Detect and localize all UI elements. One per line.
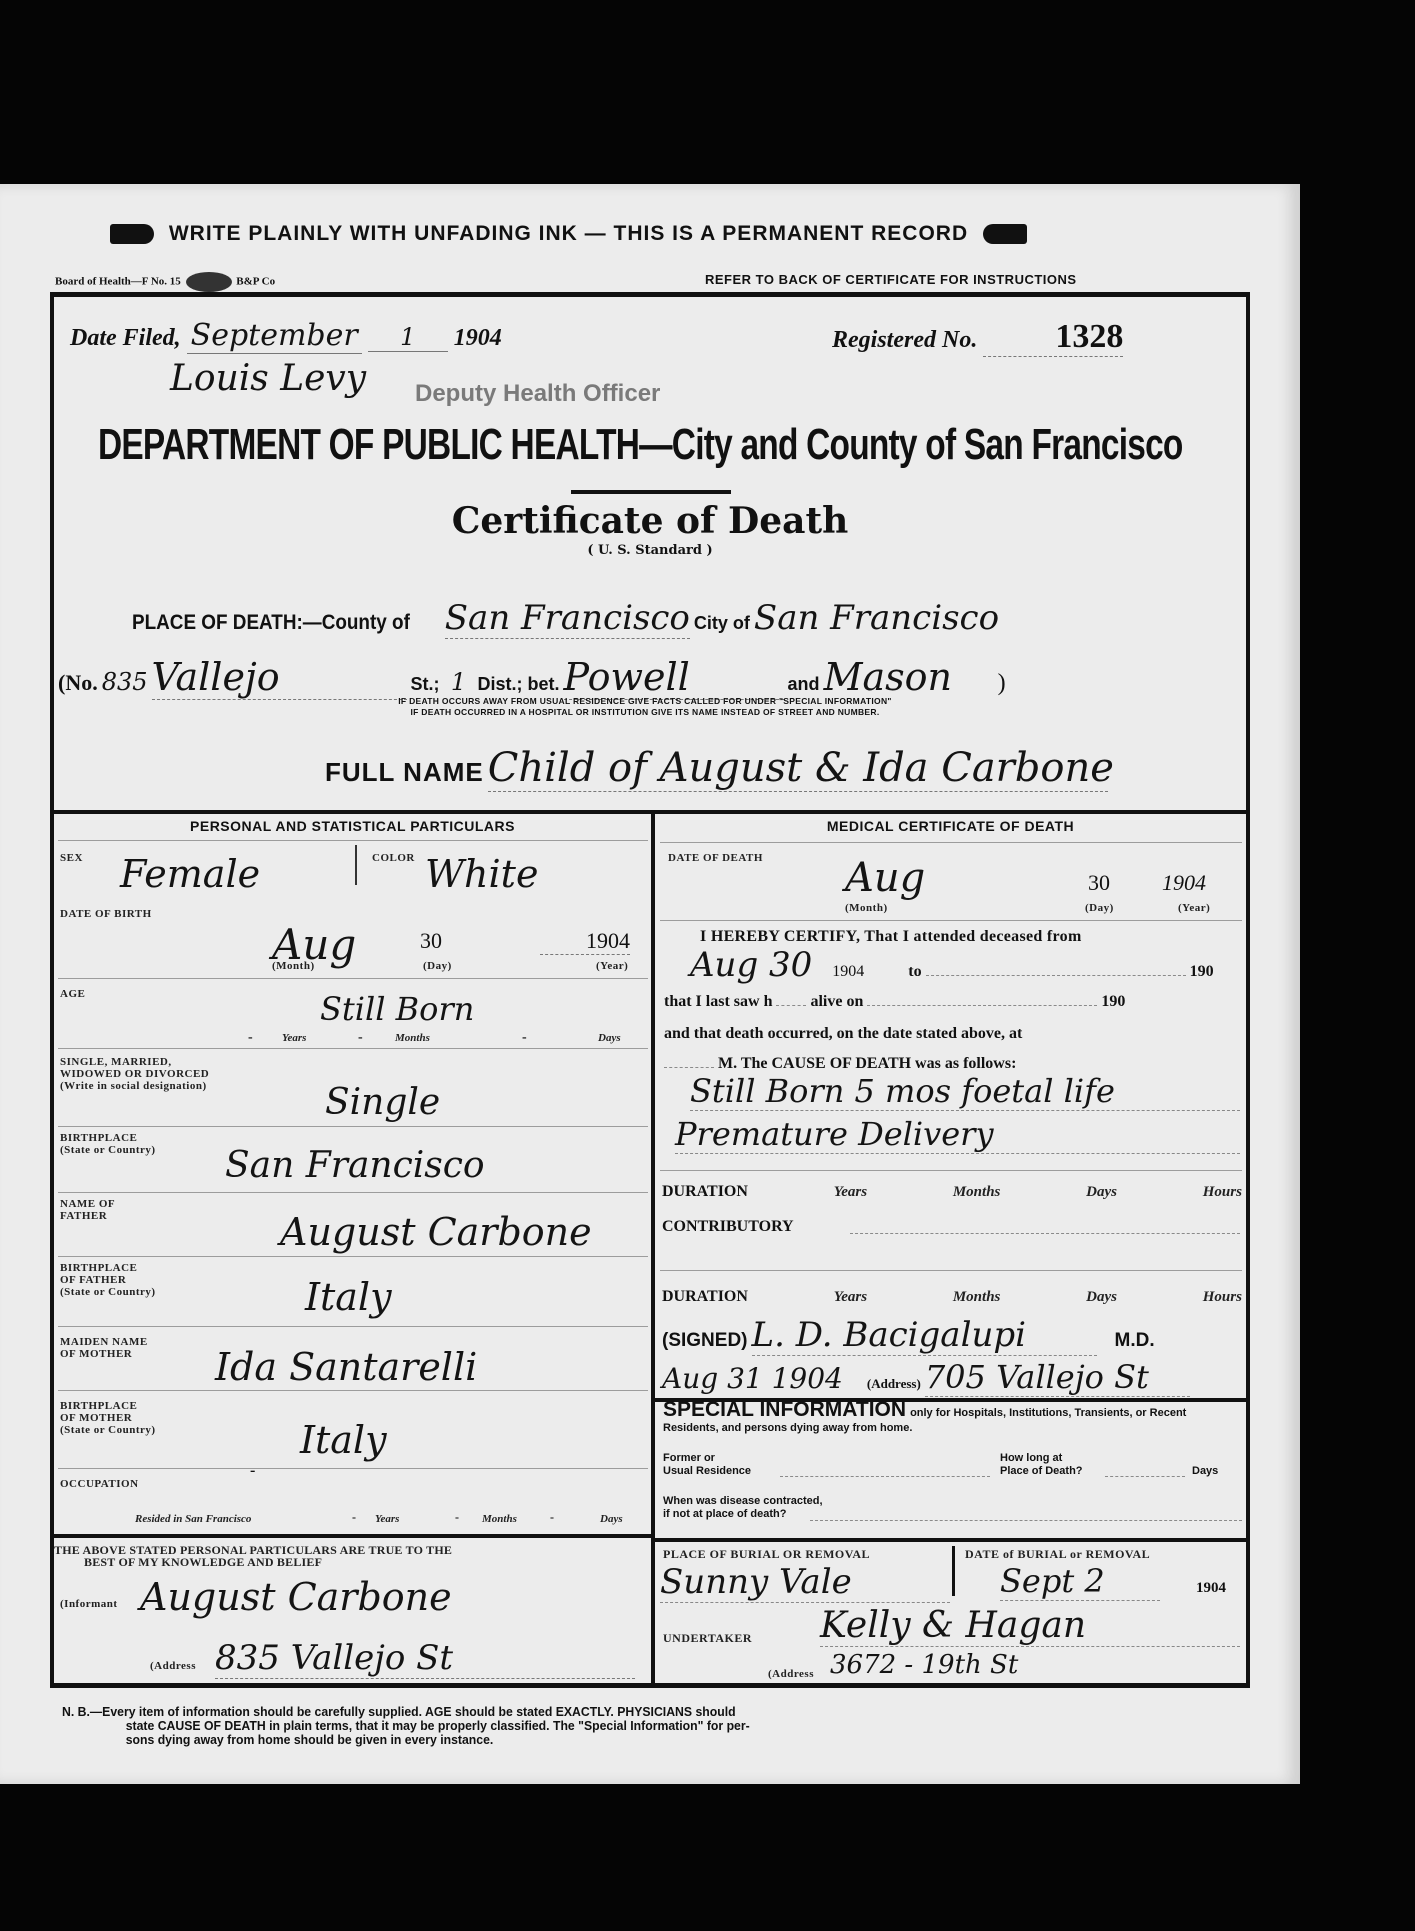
father-label-line-2: FATHER (60, 1210, 115, 1222)
physician-address: 705 Vallejo St (925, 1358, 1190, 1397)
dob-year: 1904 (540, 928, 630, 955)
days-label: Days (1192, 1465, 1218, 1477)
rule (58, 1192, 648, 1193)
mother-value: Ida Santarelli (215, 1345, 477, 1389)
rule (58, 1468, 648, 1469)
column-divider (651, 814, 655, 1684)
section-divider (50, 810, 1250, 814)
how-long-label-line-1: How long at (1000, 1452, 1083, 1465)
marital-label-line-2: WIDOWED OR DIVORCED (60, 1068, 209, 1080)
county-value: San Francisco (445, 598, 690, 639)
alive-on-text: alive on (810, 993, 863, 1010)
hour-field (664, 1067, 714, 1068)
cause-text: M. The CAUSE OF DEATH was as follows: (718, 1055, 1016, 1072)
dod-month-caption: (Month) (845, 902, 888, 914)
mother-birthplace-label: BIRTHPLACE OF MOTHER (State or Country) (60, 1400, 156, 1436)
dod-day: 30 (1088, 870, 1110, 896)
residence-label-line-2: Usual Residence (663, 1465, 751, 1478)
full-name-label: FULL NAME (325, 757, 484, 787)
burial-place-label: PLACE OF BURIAL OR REMOVAL (663, 1548, 870, 1560)
footer-note-line-3: sons dying away from home should be give… (62, 1733, 750, 1747)
contracted-label-line-2: if not at place of death? (663, 1508, 823, 1521)
duration-months: Months (953, 1184, 1001, 1201)
duration-days: Days (1086, 1184, 1117, 1201)
physician-address-label: (Address) (867, 1376, 921, 1391)
resided-months: - (455, 1510, 459, 1525)
last-saw-text: that I last saw h (664, 993, 772, 1010)
sex-value: Female (120, 852, 260, 896)
father-value: August Carbone (280, 1210, 592, 1254)
resided-years: - (352, 1510, 356, 1525)
cause-row: M. The CAUSE OF DEATH was as follows: (664, 1055, 1016, 1073)
street-number: 835 (102, 668, 148, 696)
mother-birthplace-value: Italy (300, 1418, 387, 1462)
rule (58, 1048, 648, 1049)
form-number: Board of Health—F No. 15 (55, 276, 181, 288)
informant-divider (54, 1534, 651, 1538)
undertaker-value: Kelly & Hagan (820, 1605, 1240, 1647)
no-label: (No. (58, 670, 98, 695)
informant-value: August Carbone (140, 1575, 452, 1619)
city-label: City of (694, 613, 750, 633)
date-filed-label: Date Filed, (70, 325, 181, 351)
dod-month: Aug (845, 855, 925, 901)
occurred-text: and that death occurred, on the date sta… (664, 1025, 1022, 1043)
form-border-bottom (50, 1683, 1250, 1688)
burial-place-value: Sunny Vale (660, 1562, 950, 1603)
rule (58, 978, 648, 979)
marital-value: Single (325, 1082, 440, 1123)
father-label: NAME OF FATHER (60, 1198, 115, 1222)
birthplace-label: BIRTHPLACE (State or Country) (60, 1132, 156, 1156)
signed-date: Aug 31 1904 (662, 1362, 843, 1395)
birthplace-value: San Francisco (225, 1145, 485, 1186)
father-birthplace-label-line-1: BIRTHPLACE (60, 1262, 156, 1274)
form-border-top (50, 292, 1250, 297)
instructions-note: REFER TO BACK OF CERTIFICATE FOR INSTRUC… (705, 272, 1077, 287)
burial-date-label: DATE of BURIAL or REMOVAL (965, 1548, 1150, 1560)
certificate-title: Certificate of Death (0, 500, 1300, 542)
resided-label: Resided in San Francisco (135, 1513, 251, 1525)
father-birthplace-label-line-2: OF FATHER (60, 1274, 156, 1286)
resided-years-caption: Years (375, 1513, 399, 1525)
close-paren: ) (998, 670, 1006, 696)
cause-line-2: Premature Delivery (675, 1115, 1240, 1154)
residence-label: Former or Usual Residence (663, 1452, 751, 1478)
undertaker-address-label: (Address (768, 1668, 814, 1680)
union-label-seal-icon (186, 272, 232, 292)
department-title: DEPARTMENT OF PUBLIC HEALTH—City and Cou… (98, 420, 1183, 470)
dob-year-caption: (Year) (596, 960, 628, 972)
rule (58, 1256, 648, 1257)
mother-label: MAIDEN NAME OF MOTHER (60, 1336, 148, 1360)
between-street-1: Powell (564, 655, 784, 700)
dob-month-caption: (Month) (272, 960, 315, 972)
date-filed-month: September (187, 318, 362, 354)
resided-days-caption: Days (600, 1513, 623, 1525)
rule (660, 842, 1242, 843)
note-line-2: IF DEATH OCCURRED IN A HOSPITAL OR INSTI… (205, 707, 1085, 718)
birthplace-label-line-1: BIRTHPLACE (60, 1132, 156, 1144)
personal-heading: PERSONAL AND STATISTICAL PARTICULARS (54, 818, 651, 834)
mother-birthplace-label-line-2: OF MOTHER (60, 1412, 156, 1424)
mother-birthplace-label-line-1: BIRTHPLACE (60, 1400, 156, 1412)
note-line-1: IF DEATH OCCURS AWAY FROM USUAL RESIDENC… (205, 696, 1085, 707)
rule (660, 920, 1242, 921)
age-years-caption: Years (282, 1032, 306, 1044)
dod-year-caption: (Year) (1178, 902, 1210, 914)
father-birthplace-label-line-3: (State or Country) (60, 1286, 156, 1298)
sex-color-divider (355, 845, 357, 885)
duration-row-2: DURATION Years Months Days Hours (662, 1288, 1242, 1306)
registered-no-value: 1328 (983, 318, 1123, 357)
alive-on-field (867, 1005, 1097, 1006)
occupation-value: - (250, 1462, 255, 1480)
medical-heading: MEDICAL CERTIFICATE OF DEATH (655, 818, 1246, 834)
full-name-row: FULL NAME Child of August & Ida Carbone (325, 745, 1108, 792)
age-days: - (522, 1030, 527, 1046)
dist-label: Dist.; bet. (478, 674, 560, 694)
contracted-label-line-1: When was disease contracted, (663, 1495, 823, 1508)
marital-label: SINGLE, MARRIED, WIDOWED OR DIVORCED (Wr… (60, 1056, 209, 1092)
rule (58, 840, 648, 841)
father-birthplace-label: BIRTHPLACE OF FATHER (State or Country) (60, 1262, 156, 1298)
registered-no-row: Registered No. 1328 (832, 318, 1123, 357)
contributory-field (850, 1233, 1240, 1234)
attended-row: Aug 30 1904 to 190 (690, 945, 1214, 985)
md-label: M.D. (1115, 1330, 1155, 1351)
dod-day-caption: (Day) (1085, 902, 1114, 914)
st-label: St.; (411, 674, 440, 694)
dod-year: 1904 (1162, 870, 1206, 896)
duration-years-2: Years (834, 1289, 867, 1306)
father-birthplace-value: Italy (305, 1275, 392, 1319)
informant-address-label: (Address (150, 1660, 196, 1672)
occupation-label: OCCUPATION (60, 1478, 139, 1490)
duration-label: DURATION (662, 1183, 748, 1201)
city-value: San Francisco (754, 598, 999, 638)
footer-note-line-2: state CAUSE OF DEATH in plain terms, tha… (62, 1719, 750, 1733)
duration-months-2: Months (953, 1289, 1001, 1306)
dob-day-caption: (Day) (423, 960, 452, 972)
statement-line-2: BEST OF MY KNOWLEDGE AND BELIEF (54, 1556, 651, 1568)
date-filed-day: 1 (368, 323, 448, 352)
father-label-line-1: NAME OF (60, 1198, 115, 1210)
informant-label: (Informant (60, 1598, 118, 1610)
signed-row: (SIGNED) L. D. Bacigalupi M.D. (662, 1315, 1242, 1356)
rule (660, 1170, 1242, 1171)
duration-label-2: DURATION (662, 1288, 748, 1306)
to-label: to (908, 963, 921, 980)
and-label: and (788, 674, 820, 694)
certify-text: I HEREBY CERTIFY, That I attended deceas… (700, 928, 1082, 946)
to-date-field (926, 975, 1186, 976)
color-value: White (425, 852, 538, 896)
undertaker-address-value: 3672 - 19th St (830, 1650, 1230, 1680)
last-saw-row: that I last saw h alive on 190 (664, 993, 1125, 1011)
resided-months-caption: Months (482, 1513, 517, 1525)
dob-day: 30 (420, 928, 442, 954)
dod-label: DATE OF DEATH (668, 852, 763, 864)
how-long-label-line-2: Place of Death? (1000, 1465, 1083, 1478)
district-number: 1 (444, 668, 474, 696)
form-number-line: Board of Health—F No. 15 B&P Co (55, 272, 275, 292)
rule (58, 1326, 648, 1327)
place-of-death-label: PLACE OF DEATH:—County of (132, 611, 410, 635)
rule (58, 1390, 648, 1391)
registered-no-label: Registered No. (832, 327, 977, 353)
special-heading-block: SPECIAL INFORMATION only for Hospitals, … (663, 1403, 1243, 1435)
marital-label-line-3: (Write in social designation) (60, 1080, 209, 1092)
physician-signature: L. D. Bacigalupi (752, 1315, 1097, 1356)
footer-note: N. B.—Every item of information should b… (62, 1705, 750, 1747)
mother-birthplace-label-line-3: (State or Country) (60, 1424, 156, 1436)
informant-address-value: 835 Vallejo St (215, 1638, 635, 1679)
age-months-caption: Months (395, 1032, 430, 1044)
informant-statement: THE ABOVE STATED PERSONAL PARTICULARS AR… (54, 1544, 651, 1568)
residence-field (780, 1476, 990, 1477)
cause-line-1: Still Born 5 mos foetal life (690, 1072, 1240, 1111)
residence-label-line-1: Former or (663, 1452, 751, 1465)
banner: WRITE PLAINLY WITH UNFADING INK — THIS I… (110, 222, 1027, 246)
printer-name: B&P Co (236, 276, 275, 288)
to-year-prefix: 190 (1190, 963, 1214, 980)
age-months: - (358, 1030, 363, 1046)
special-heading: SPECIAL INFORMATION (663, 1398, 906, 1421)
how-long-field (1105, 1476, 1185, 1477)
between-street-2: Mason (824, 655, 994, 699)
place-of-death-row: PLACE OF DEATH:—County of San Francisco … (132, 598, 999, 638)
attended-from: Aug 30 (690, 945, 812, 985)
place-of-death-note: IF DEATH OCCURS AWAY FROM USUAL RESIDENC… (205, 696, 1085, 718)
signed-label: (SIGNED) (662, 1330, 748, 1351)
marital-label-line-1: SINGLE, MARRIED, (60, 1056, 209, 1068)
age-value: Still Born (320, 990, 474, 1028)
age-years: - (248, 1030, 253, 1046)
mother-label-line-2: OF MOTHER (60, 1348, 148, 1360)
birthplace-label-line-2: (State or Country) (60, 1144, 156, 1156)
duration-years: Years (834, 1184, 867, 1201)
attended-from-year: 1904 (832, 963, 864, 980)
rule (58, 1126, 648, 1127)
certificate-subtitle: ( U. S. Standard ) (0, 543, 1300, 558)
burial-divider (655, 1538, 1246, 1542)
age-days-caption: Days (598, 1032, 621, 1044)
officer-signature: Louis Levy (170, 358, 366, 399)
burial-divider-vertical (952, 1546, 955, 1596)
last-saw-year-prefix: 190 (1101, 993, 1125, 1010)
undertaker-label: UNDERTAKER (663, 1632, 752, 1644)
contracted-label: When was disease contracted, if not at p… (663, 1495, 823, 1521)
dob-label: DATE OF BIRTH (60, 908, 152, 920)
date-filed-year: 1904 (454, 325, 502, 351)
date-filed-row: Date Filed, September 1 1904 (70, 318, 502, 353)
how-long-label: How long at Place of Death? (1000, 1452, 1083, 1478)
pointing-hand-icon (983, 224, 1027, 244)
contributory-label: CONTRIBUTORY (662, 1218, 794, 1236)
footer-note-line-1: N. B.—Every item of information should b… (62, 1705, 750, 1719)
full-name-value: Child of August & Ida Carbone (488, 745, 1108, 792)
duration-days-2: Days (1086, 1289, 1117, 1306)
pronoun-field (776, 1005, 806, 1006)
duration-hours: Hours (1203, 1184, 1242, 1201)
street-name: Vallejo (152, 655, 407, 700)
age-label: AGE (60, 988, 85, 1000)
duration-hours-2: Hours (1203, 1289, 1242, 1306)
title-underline (571, 490, 731, 494)
resided-days: - (550, 1510, 554, 1525)
banner-text: WRITE PLAINLY WITH UNFADING INK — THIS I… (169, 222, 968, 245)
signed-date-row: Aug 31 1904 (Address) 705 Vallejo St (662, 1358, 1242, 1397)
color-label: COLOR (372, 852, 415, 864)
rule (660, 1270, 1242, 1271)
address-row: (No. 835 Vallejo St.; 1 Dist.; bet. Powe… (58, 655, 1238, 700)
officer-title-stamp: Deputy Health Officer (415, 380, 660, 408)
pointing-hand-icon (110, 224, 154, 244)
mother-label-line-1: MAIDEN NAME (60, 1336, 148, 1348)
duration-row-1: DURATION Years Months Days Hours (662, 1183, 1242, 1201)
contracted-field (810, 1520, 1242, 1521)
burial-date-value: Sept 2 (1000, 1562, 1160, 1601)
sex-label: SEX (60, 852, 83, 864)
burial-year: 1904 (1196, 1580, 1226, 1597)
